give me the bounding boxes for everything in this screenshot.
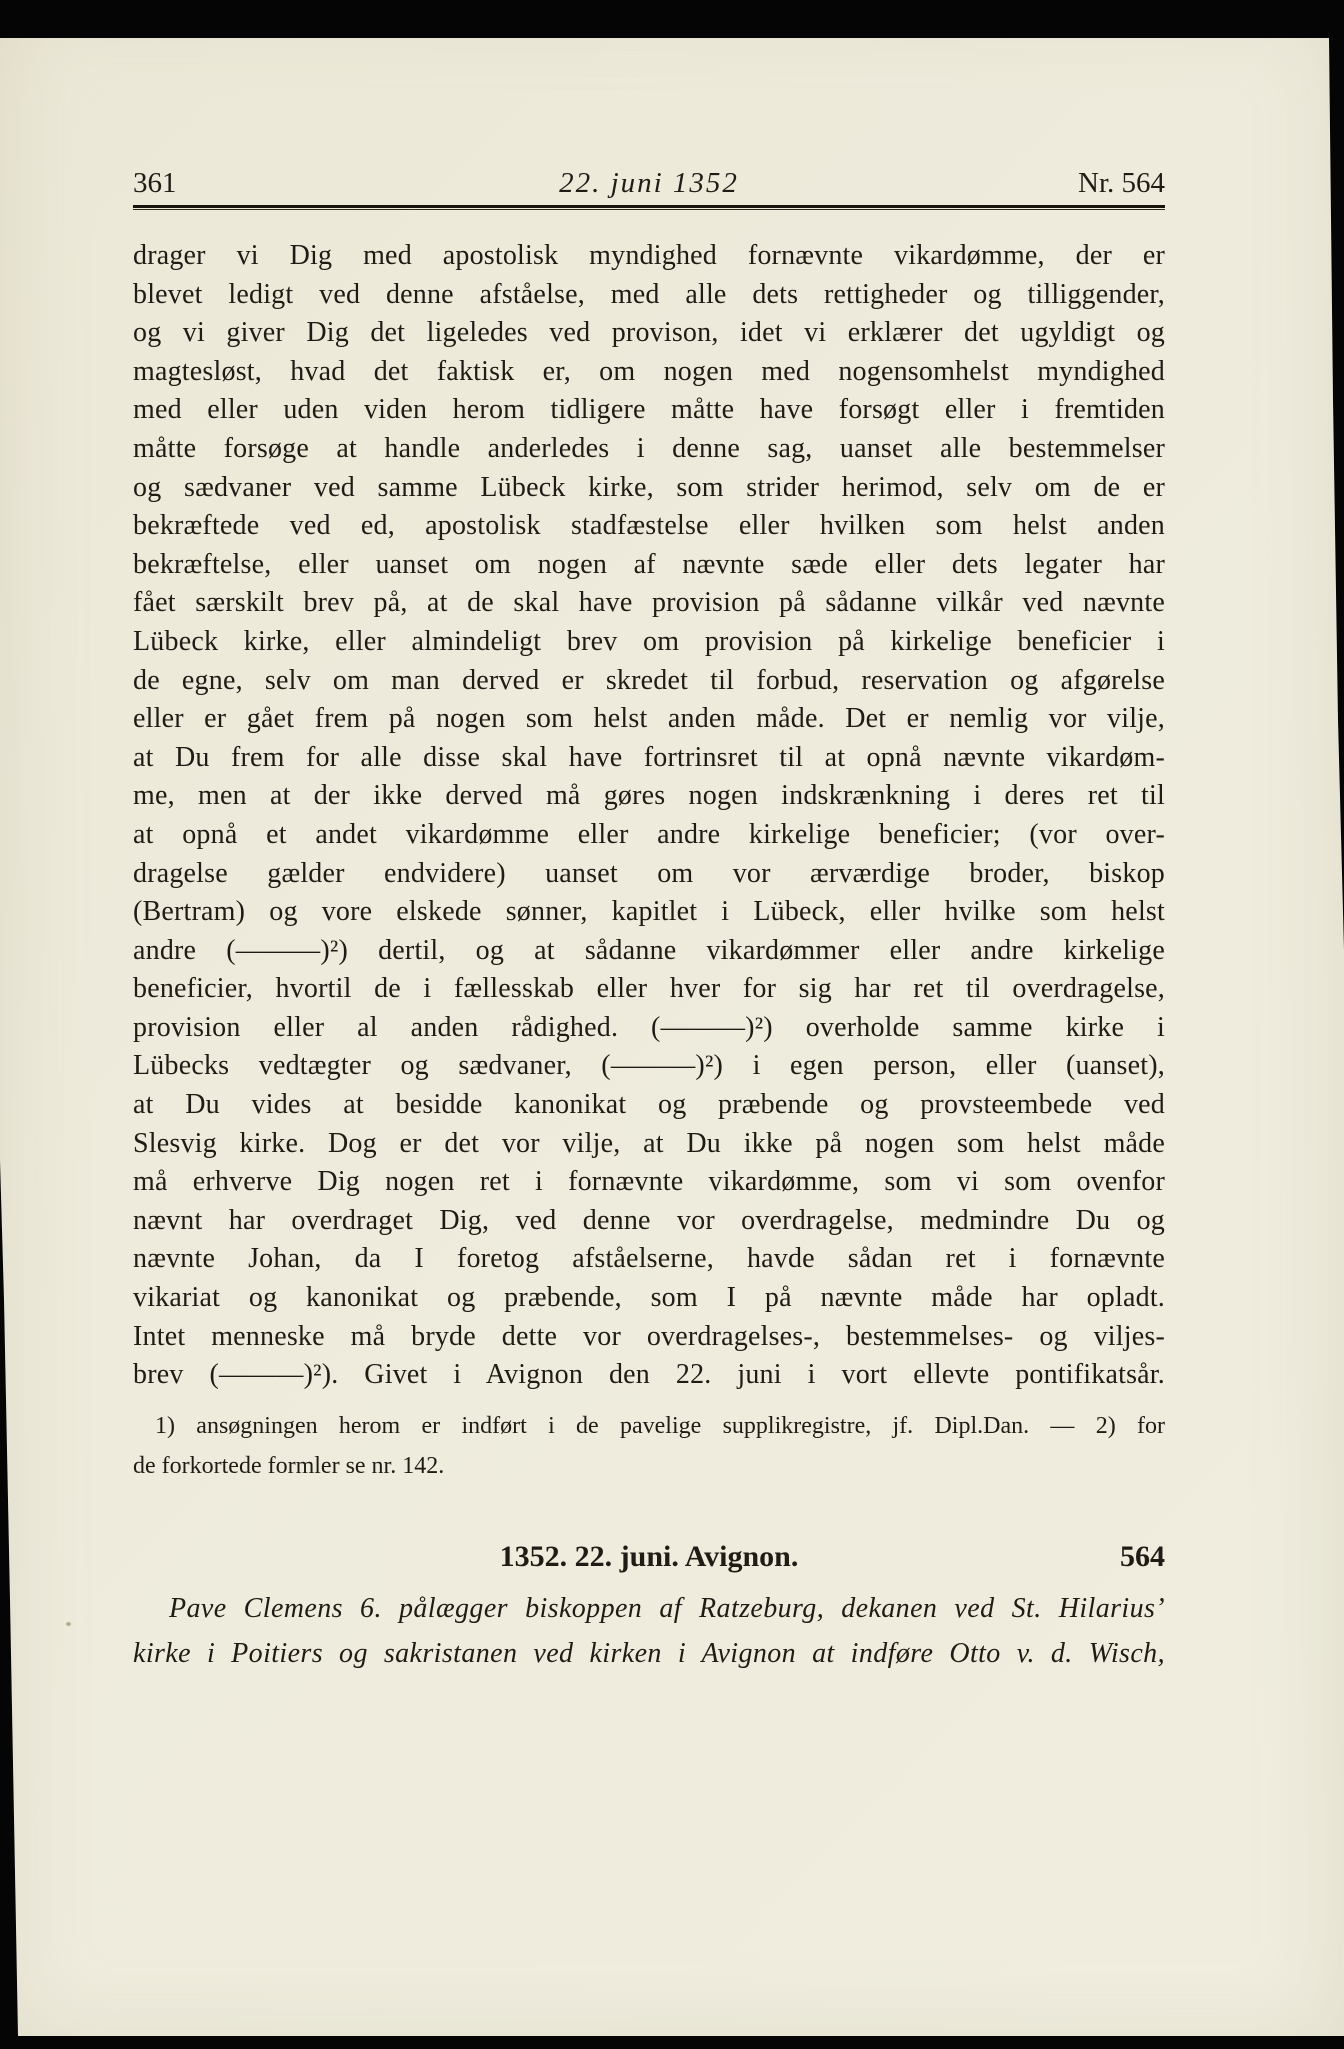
- body-line: provision eller al anden rådighed. (———)…: [133, 1009, 1165, 1048]
- running-header-date: 22. juni 1352: [133, 163, 1165, 203]
- scanned-book-page: { "document": { "header": { "page_number…: [0, 0, 1344, 2049]
- document-body-text: drager vi Dig med apostolisk myndighed f…: [133, 237, 1165, 1395]
- footnotes: 1) ansøgningen herom er indført i de pav…: [133, 1406, 1165, 1486]
- body-line: eller er gået frem på nogen som helst an…: [133, 700, 1165, 739]
- body-line: magtesløst, hvad det faktisk er, om noge…: [133, 353, 1165, 392]
- body-line: andre (———)²) dertil, og at sådanne vika…: [133, 932, 1165, 971]
- summary-line: kirke i Poitiers og sakristanen ved kirk…: [133, 1631, 1165, 1676]
- body-line: med eller uden viden herom tidligere måt…: [133, 391, 1165, 430]
- entry-heading: 1352. 22. juni. Avignon. 564: [133, 1537, 1165, 1577]
- entry-heading-number: 564: [1120, 1537, 1165, 1577]
- header-rule-divider: [133, 205, 1165, 210]
- body-line: (Bertram) og vore elskede sønner, kapitl…: [133, 893, 1165, 932]
- summary-line: Pave Clemens 6. pålægger biskoppen af Ra…: [133, 1586, 1165, 1631]
- body-line: Lübecks vedtægter og sædvaner, (———)²) i…: [133, 1047, 1165, 1086]
- running-header: 361 22. juni 1352 Nr. 564: [133, 163, 1165, 203]
- body-line: Lübeck kirke, eller almindeligt brev om …: [133, 623, 1165, 662]
- body-line: bekræftelse, eller uanset om nogen af næ…: [133, 546, 1165, 585]
- footnote-line: 1) ansøgningen herom er indført i de pav…: [133, 1406, 1165, 1446]
- body-line: dragelse gælder endvidere) uanset om vor…: [133, 855, 1165, 894]
- body-line: at opnå et andet vikardømme eller andre …: [133, 816, 1165, 855]
- entry-reference: Nr. 564: [1078, 163, 1165, 203]
- body-line: beneficier, hvortil de i fællesskab elle…: [133, 970, 1165, 1009]
- entry-heading-date-place: 1352. 22. juni. Avignon.: [500, 1540, 799, 1573]
- body-line: drager vi Dig med apostolisk myndighed f…: [133, 237, 1165, 276]
- body-line: at Du vides at besidde kanonikat og præb…: [133, 1086, 1165, 1125]
- body-line: måtte forsøge at handle anderledes i den…: [133, 430, 1165, 469]
- body-line: Slesvig kirke. Dog er det vor vilje, at …: [133, 1125, 1165, 1164]
- body-line: de egne, selv om man derved er skredet t…: [133, 662, 1165, 701]
- footnote-line: de forkortede formler se nr. 142.: [133, 1446, 1165, 1486]
- body-line: me, men at der ikke derved må gøres noge…: [133, 777, 1165, 816]
- body-line: fået særskilt brev på, at de skal have p…: [133, 584, 1165, 623]
- paper-speck: [66, 1622, 71, 1626]
- body-line: nævnt har overdraget Dig, ved denne vor …: [133, 1202, 1165, 1241]
- body-line: og sædvaner ved samme Lübeck kirke, som …: [133, 469, 1165, 508]
- body-line: nævnte Johan, da I foretog afståelserne,…: [133, 1240, 1165, 1279]
- body-line: må erhverve Dig nogen ret i fornævnte vi…: [133, 1163, 1165, 1202]
- body-line: at Du frem for alle disse skal have fort…: [133, 739, 1165, 778]
- body-line: blevet ledigt ved denne afståelse, med a…: [133, 276, 1165, 315]
- paper-sheet: 361 22. juni 1352 Nr. 564 drager vi Dig …: [0, 0, 1344, 2049]
- body-line: vikariat og kanonikat og præbende, som I…: [133, 1279, 1165, 1318]
- body-line: brev (———)²). Givet i Avignon den 22. ju…: [133, 1356, 1165, 1395]
- entry-summary: Pave Clemens 6. pålægger biskoppen af Ra…: [133, 1586, 1165, 1676]
- body-line: og vi giver Dig det ligeledes ved provis…: [133, 314, 1165, 353]
- body-line: Intet menneske må bryde dette vor overdr…: [133, 1318, 1165, 1357]
- body-line: bekræftede ved ed, apostolisk stadfæstel…: [133, 507, 1165, 546]
